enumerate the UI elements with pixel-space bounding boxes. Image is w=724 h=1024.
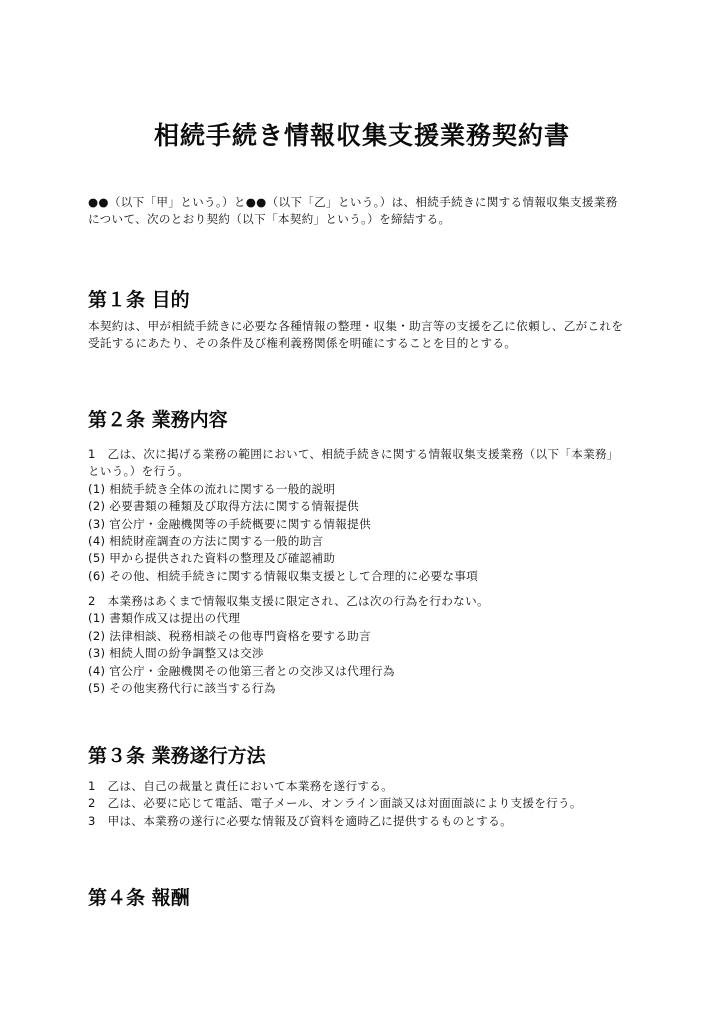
- list-item: (5) 甲から提供された資料の整理及び確認補助: [88, 550, 648, 567]
- preamble: ●●（以下「甲」という。）と●●（以下「乙」という。）は、相続手続きに関する情報…: [88, 194, 648, 229]
- document-title: 相続手続き情報収集支援業務契約書: [0, 116, 724, 152]
- list-item: (1) 書類作成又は提出の代理: [88, 610, 648, 627]
- list-item: (6) その他、相続手続きに関する情報収集支援として合理的に必要な事項: [88, 568, 648, 585]
- list-item: (2) 必要書類の種類及び取得方法に関する情報提供: [88, 498, 648, 515]
- list-item: (4) 官公庁・金融機関その他第三者との交渉又は代理行為: [88, 663, 648, 680]
- list-item: (4) 相続財産調査の方法に関する一般的助言: [88, 533, 648, 550]
- list-item: (3) 官公庁・金融機関等の手続概要に関する情報提供: [88, 516, 648, 533]
- text-line: 受託するにあたり、その条件及び権利義務関係を明確にすることを目的とする。: [88, 335, 648, 352]
- text-line: 2 本業務はあくまで情報収集支援に限定され、乙は次の行為を行わない。: [88, 593, 648, 610]
- text-line: 2 乙は、必要に応じて電話、電子メール、オンライン面談又は対面面談により支援を行…: [88, 795, 648, 812]
- text-line: 1 乙は、次に掲げる業務の範囲において、相続手続きに関する情報収集支援業務（以下…: [88, 446, 648, 463]
- text-line: という。）を行う。: [88, 463, 648, 480]
- article-3-body: 1 乙は、自己の裁量と責任において本業務を遂行する。 2 乙は、必要に応じて電話…: [88, 778, 648, 830]
- list-item: (5) その他実務代行に該当する行為: [88, 680, 648, 697]
- list-item: (2) 法律相談、税務相談その他専門資格を要する助言: [88, 628, 648, 645]
- list-item: (1) 相続手続き全体の流れに関する一般的説明: [88, 481, 648, 498]
- list-item: (3) 相続人間の紛争調整又は交渉: [88, 645, 648, 662]
- article-3-heading: 第３条 業務遂行方法: [88, 741, 266, 768]
- text-line: 本契約は、甲が相続手続きに必要な各種情報の整理・収集・助言等の支援を乙に依頼し、…: [88, 318, 648, 335]
- text-line: 1 乙は、自己の裁量と責任において本業務を遂行する。: [88, 778, 648, 795]
- article-2-clause-1: 1 乙は、次に掲げる業務の範囲において、相続手続きに関する情報収集支援業務（以下…: [88, 446, 648, 585]
- article-1-body: 本契約は、甲が相続手続きに必要な各種情報の整理・収集・助言等の支援を乙に依頼し、…: [88, 318, 648, 353]
- article-4-heading: 第４条 報酬: [88, 883, 190, 910]
- article-2-clause-2: 2 本業務はあくまで情報収集支援に限定され、乙は次の行為を行わない。 (1) 書…: [88, 593, 648, 697]
- text-line: ●●（以下「甲」という。）と●●（以下「乙」という。）は、相続手続きに関する情報…: [88, 194, 648, 211]
- article-1-heading: 第１条 目的: [88, 285, 190, 312]
- document-page: 相続手続き情報収集支援業務契約書 ●●（以下「甲」という。）と●●（以下「乙」と…: [0, 0, 724, 1024]
- text-line: 3 甲は、本業務の遂行に必要な情報及び資料を適時乙に提供するものとする。: [88, 813, 648, 830]
- article-2-heading: 第２条 業務内容: [88, 405, 228, 432]
- text-line: について、次のとおり契約（以下「本契約」という。）を締結する。: [88, 211, 648, 228]
